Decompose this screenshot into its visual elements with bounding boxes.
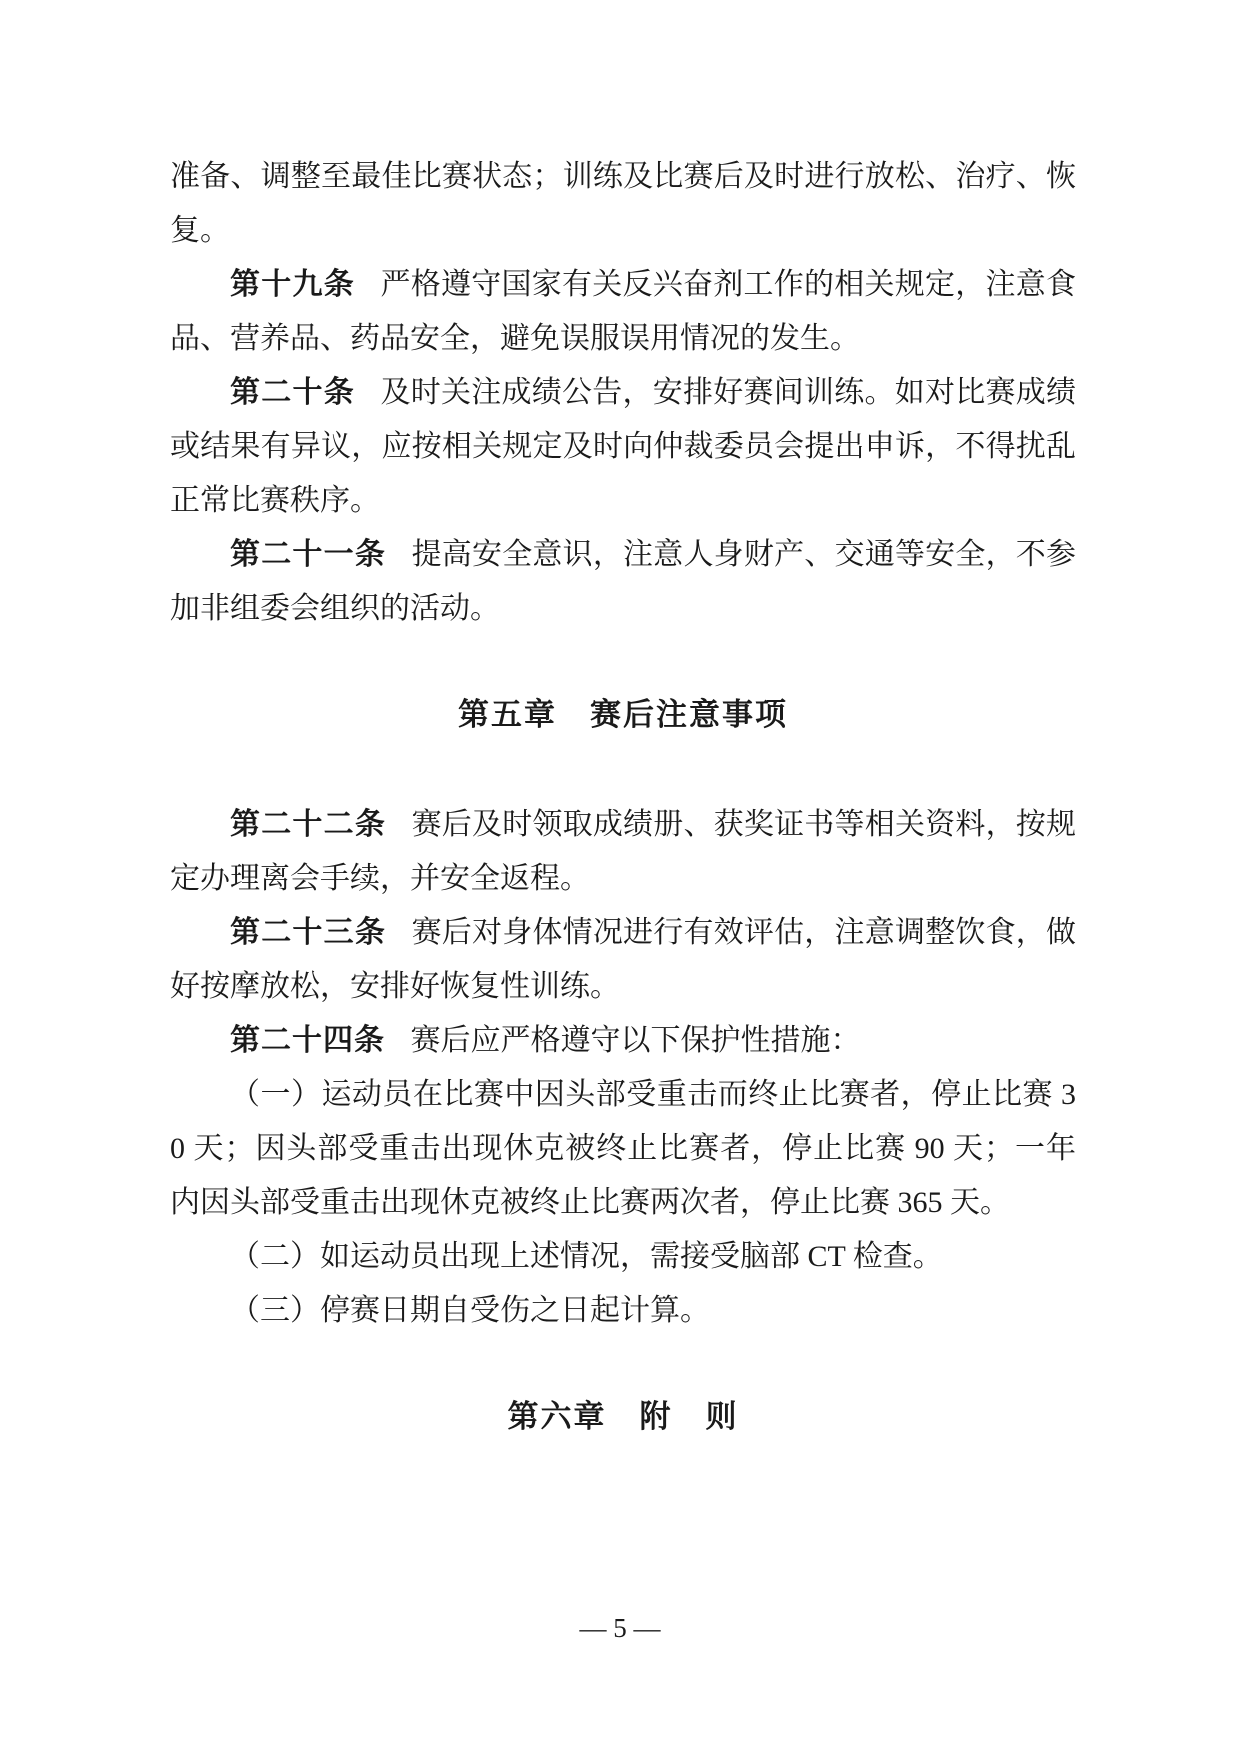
article-paragraph-21: 第二十一条提高安全意识，注意人身财产、交通等安全，不参加非组委会组织的活动。 — [170, 528, 1076, 636]
chapter-heading-5: 第五章 赛后注意事项 — [170, 688, 1076, 742]
article-number: 第二十三条 — [230, 916, 386, 949]
list-item-1: （一）运动员在比赛中因头部受重击而终止比赛者，停止比赛 30 天；因头部受重击出… — [170, 1068, 1076, 1230]
article-number: 第二十条 — [230, 376, 355, 409]
list-item-2: （二）如运动员出现上述情况，需接受脑部 CT 检查。 — [170, 1230, 1076, 1284]
chapter-heading-6: 第六章 附 则 — [170, 1390, 1076, 1444]
article-text: 赛后应严格遵守以下保护性措施： — [411, 1024, 861, 1057]
article-paragraph-20: 第二十条及时关注成绩公告，安排好赛间训练。如对比赛成绩或结果有异议，应按相关规定… — [170, 366, 1076, 528]
article-number: 第二十一条 — [230, 538, 386, 571]
article-paragraph-23: 第二十三条赛后对身体情况进行有效评估，注意调整饮食，做好按摩放松，安排好恢复性训… — [170, 906, 1076, 1014]
list-item-3: （三）停赛日期自受伤之日起计算。 — [170, 1284, 1076, 1338]
article-number: 第二十二条 — [230, 808, 386, 841]
paragraph-continuation: 准备、调整至最佳比赛状态；训练及比赛后及时进行放松、治疗、恢复。 — [170, 150, 1076, 258]
article-paragraph-24: 第二十四条赛后应严格遵守以下保护性措施： — [170, 1014, 1076, 1068]
document-content: 准备、调整至最佳比赛状态；训练及比赛后及时进行放松、治疗、恢复。 第十九条严格遵… — [170, 150, 1076, 1500]
article-number: 第二十四条 — [230, 1024, 385, 1057]
article-paragraph-19: 第十九条严格遵守国家有关反兴奋剂工作的相关规定，注意食品、营养品、药品安全，避免… — [170, 258, 1076, 366]
article-number: 第十九条 — [230, 268, 355, 301]
document-page: 准备、调整至最佳比赛状态；训练及比赛后及时进行放松、治疗、恢复。 第十九条严格遵… — [0, 0, 1240, 1754]
article-paragraph-22: 第二十二条赛后及时领取成绩册、获奖证书等相关资料，按规定办理离会手续，并安全返程… — [170, 798, 1076, 906]
page-number: — 5 — — [0, 1608, 1240, 1648]
